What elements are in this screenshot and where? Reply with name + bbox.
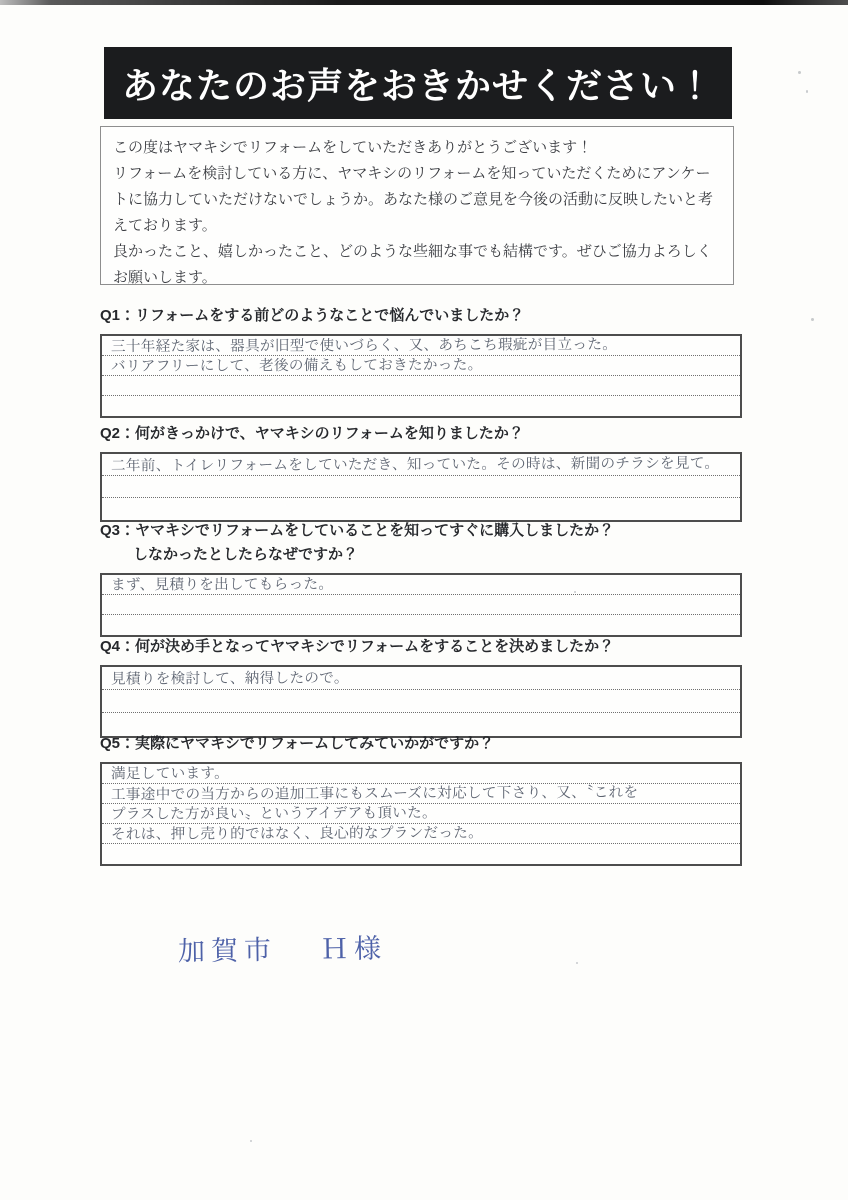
question-section-q3: Q3：ヤマキシでリフォームをしていることを知ってすぐに購入しましたか？ しなかっ… [100,521,742,637]
answer-line [102,376,740,396]
question-section-q2: Q2：何がきっかけで、ヤマキシのリフォームを知りましたか？ 二年前、トイレリフォ… [100,424,742,522]
question-text: リフォームをする前どのようなことで悩んでいましたか？ [135,307,524,324]
scan-speck [574,591,576,593]
answer-line: まず、見積りを出してもらった。 [102,575,740,595]
question-section-q5: Q5：実際にヤマキシでリフォームしてみていかがですか？ 満足しています。 工事途… [100,734,742,866]
intro-paragraph: 良かったこと、嬉しかったこと、どのような些細な事でも結構です。ぜひご協力よろしく… [113,239,721,285]
handwritten-answer: それは、押し売り的ではなく、良心的なプランだった。 [111,824,483,844]
scan-speck [798,71,801,74]
handwritten-answer: まず、見積りを出してもらった。 [111,575,333,595]
question-section-q1: Q1：リフォームをする前どのようなことで悩んでいましたか？ 三十年経た家は、器具… [100,306,742,418]
answer-line: 満足しています。 [102,764,740,784]
question-label-q4: Q4：何が決め手となってヤマキシでリフォームをすることを決めましたか？ [100,637,742,656]
answer-box-q5: 満足しています。 工事途中での当方からの追加工事にもスムーズに対応して下さり、又… [100,762,742,866]
scan-speck [806,90,808,93]
handwritten-answer: 二年前、トイレリフォームをしていただき、知っていた。その時は、新聞のチラシを見て… [111,454,719,476]
answer-line: 二年前、トイレリフォームをしていただき、知っていた。その時は、新聞のチラシを見て… [102,454,740,476]
handwritten-answer: 満足しています。 [111,764,229,784]
intro-paragraph: この度はヤマキシでリフォームをしていただきありがとうございます！ [113,135,721,161]
question-label-q2: Q2：何がきっかけで、ヤマキシのリフォームを知りましたか？ [100,424,742,443]
scanned-survey-page: あなたのお声をおきかせください！ この度はヤマキシでリフォームをしていただきあり… [0,0,848,1200]
answer-line [102,396,740,416]
question-section-q4: Q4：何が決め手となってヤマキシでリフォームをすることを決めましたか？ 見積りを… [100,637,742,738]
answer-box-q2: 二年前、トイレリフォームをしていただき、知っていた。その時は、新聞のチラシを見て… [100,452,742,522]
answer-box-q4: 見積りを検討して、納得したので。 [100,665,742,738]
question-number: Q4： [100,638,135,655]
question-number: Q3： [100,522,135,539]
answer-line: 工事途中での当方からの追加工事にもスムーズに対応して下さり、又、〝これを [102,784,740,804]
scan-speck [811,318,814,321]
answer-line [102,498,740,520]
question-text: 何が決め手となってヤマキシでリフォームをすることを決めましたか？ [135,638,614,655]
scan-speck [576,962,578,964]
handwritten-answer: プラスした方が良い〟というアイデアも頂いた。 [111,804,437,824]
answer-line: 見積りを検討して、納得したので。 [102,667,740,690]
question-label-q3: Q3：ヤマキシでリフォームをしていることを知ってすぐに購入しましたか？ しなかっ… [100,521,742,564]
signature-city: 加賀市 [178,935,277,966]
question-number: Q5： [100,735,135,752]
answer-line [102,690,740,713]
answer-line [102,476,740,498]
respondent-signature: 加賀市Ｈ様 [178,927,388,969]
answer-box-q3: まず、見積りを出してもらった。 [100,573,742,637]
question-number: Q1： [100,307,135,324]
question-number: Q2： [100,425,135,442]
answer-line [102,844,740,864]
scan-speck [250,1140,252,1142]
page-title: あなたのお声をおきかせください！ [122,58,714,109]
answer-line: プラスした方が良い〟というアイデアも頂いた。 [102,804,740,824]
answer-line: バリアフリーにして、老後の備えもしておきたかった。 [102,356,740,376]
answer-line: それは、押し売り的ではなく、良心的なプランだった。 [102,824,740,844]
signature-name: Ｈ様 [321,934,387,965]
question-label-q5: Q5：実際にヤマキシでリフォームしてみていかがですか？ [100,734,742,753]
answer-line [102,713,740,736]
question-text: ヤマキシでリフォームをしていることを知ってすぐに購入しましたか？ [135,522,614,539]
handwritten-answer: 三十年経た家は、器具が旧型で使いづらく、又、あちこち瑕疵が目立った。 [111,336,617,356]
handwritten-answer: 工事途中での当方からの追加工事にもスムーズに対応して下さり、又、〝これを [111,784,639,804]
handwritten-answer: バリアフリーにして、老後の備えもしておきたかった。 [111,356,483,376]
question-label-q1: Q1：リフォームをする前どのようなことで悩んでいましたか？ [100,306,742,325]
answer-line [102,595,740,615]
survey-title-banner: あなたのお声をおきかせください！ [104,47,732,119]
scan-edge-artifact [0,0,848,5]
intro-box: この度はヤマキシでリフォームをしていただきありがとうございます！ リフォームを検… [100,126,734,285]
question-text-second-line: しなかったとしたらなぜですか？ [100,545,742,564]
handwritten-answer: 見積りを検討して、納得したので。 [111,667,349,690]
question-text: 実際にヤマキシでリフォームしてみていかがですか？ [135,735,494,752]
answer-line: 三十年経た家は、器具が旧型で使いづらく、又、あちこち瑕疵が目立った。 [102,336,740,356]
question-text: 何がきっかけで、ヤマキシのリフォームを知りましたか？ [135,425,524,442]
intro-paragraph: リフォームを検討している方に、ヤマキシのリフォームを知っていただくためにアンケー… [113,161,721,239]
answer-line [102,615,740,635]
answer-box-q1: 三十年経た家は、器具が旧型で使いづらく、又、あちこち瑕疵が目立った。 バリアフリ… [100,334,742,418]
